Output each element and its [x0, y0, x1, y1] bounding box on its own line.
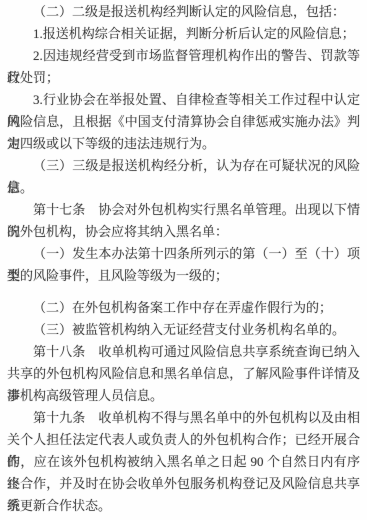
text-line: 共享的外包机构风险信息和黑名单信息，了解风险事件详情及涉 — [7, 363, 360, 385]
text-line: 第十九条 收单机构不得与黑名单中的外包机构以及由相 — [7, 407, 360, 429]
text-line: 统更新合作状态。 — [7, 495, 360, 517]
text-line: 的外包机构，协会应将其纳入黑名单： — [7, 221, 360, 243]
text-line: 第十七条 协会对外包机构实行黑名单管理。出现以下情况 — [7, 199, 360, 221]
text-line: 3.行业协会在举报处置、自律检查等相关工作过程中认定的 — [7, 89, 360, 111]
text-line: 1.报送机构综合相关证据，判断分析后认定的风险信息； — [7, 23, 360, 45]
document-text: （二）二级是报送机构经判断认定的风险信息，包括：1.报送机构综合相关证据，判断分… — [7, 1, 360, 517]
text-line: （三）三级是报送机构经分析，认为存在可疑状况的风险信 — [7, 155, 360, 177]
text-line: 政处罚； — [7, 67, 360, 89]
text-line: 为四级或以下等级的违法违规行为。 — [7, 133, 360, 155]
text-line: 2.因违规经营受到市场监督管理机构作出的警告、罚款等行 — [7, 45, 360, 67]
text-line: 止合作，并及时在协会收单外包服务机构登记及风险信息共享系 — [7, 473, 360, 495]
text-line: （一）发生本办法第十四条所列示的第（一）至（十）项类 — [7, 243, 360, 265]
text-line: 关个人担任法定代表人或负责人的外包机构合作；已经开展合作 — [7, 429, 360, 451]
text-line: 第十八条 收单机构可通过风险信息共享系统查询已纳入 — [7, 341, 360, 363]
document-page: （二）二级是报送机构经判断认定的风险信息，包括：1.报送机构综合相关证据，判断分… — [0, 0, 367, 520]
text-line: 的，应在该外包机构被纳入黑名单之日起 90 个自然日内有序终 — [7, 451, 360, 473]
text-line: 息。 — [7, 177, 360, 199]
text-line: 风险信息，且根据《中国支付清算协会自律惩戒实施办法》判定 — [7, 111, 360, 133]
text-line: 事机构高级管理人员信息。 — [7, 385, 360, 407]
text-line: （二）二级是报送机构经判断认定的风险信息，包括： — [7, 1, 360, 23]
text-line: （三）被监管机构纳入无证经营支付业务机构名单的。 — [7, 319, 360, 341]
text-line: 型的风险事件，且风险等级为一级的； — [7, 265, 360, 287]
text-line: （二）在外包机构备案工作中存在弄虚作假行为的； — [7, 297, 360, 319]
